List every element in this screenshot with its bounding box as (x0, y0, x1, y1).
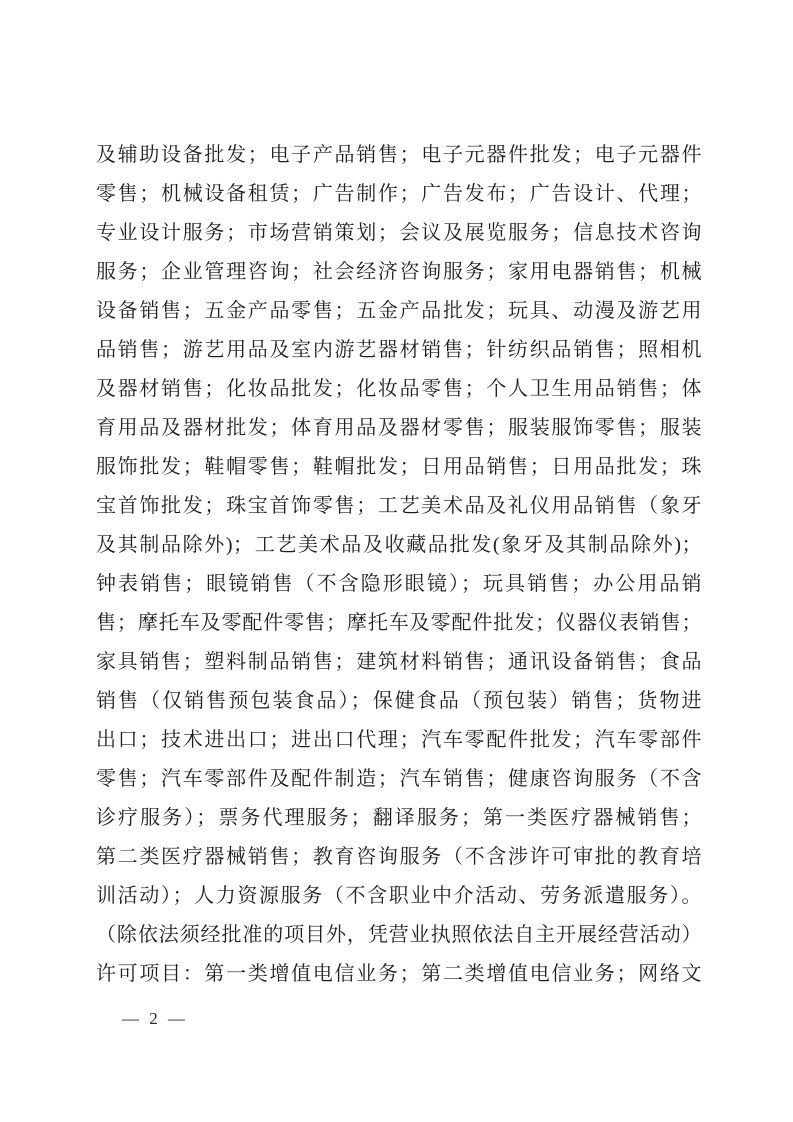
text-line: 许可项目：第一类增值电信业务；第二类增值电信业务；网络文 (96, 955, 702, 994)
document-page: 及辅助设备批发；电子产品销售；电子元器件批发；电子元器件 零售；机械设备租赁；广… (0, 0, 793, 1122)
text-line: 零售；机械设备租赁；广告制作；广告发布；广告设计、代理； (96, 175, 702, 214)
text-line: 服务；企业管理咨询；社会经济咨询服务；家用电器销售；机械 (96, 253, 702, 292)
text-line: 家具销售；塑料制品销售；建筑材料销售；通讯设备销售；食品 (96, 643, 702, 682)
text-line: 及器材销售；化妆品批发；化妆品零售；个人卫生用品销售；体 (96, 370, 702, 409)
text-line: 宝首饰批发；珠宝首饰零售；工艺美术品及礼仪用品销售（象牙 (96, 487, 702, 526)
text-line: 售；摩托车及零配件零售；摩托车及零配件批发；仪器仪表销售； (96, 604, 702, 643)
text-line: 销售（仅销售预包装食品）；保健食品（预包装）销售；货物进 (96, 682, 702, 721)
text-line: 育用品及器材批发；体育用品及器材零售；服装服饰零售；服装 (96, 409, 702, 448)
text-line: 及辅助设备批发；电子产品销售；电子元器件批发；电子元器件 (96, 136, 702, 175)
page-number: — 2 — (122, 1009, 188, 1029)
text-line: 诊疗服务）；票务代理服务；翻译服务；第一类医疗器械销售； (96, 799, 702, 838)
body-text-block: 及辅助设备批发；电子产品销售；电子元器件批发；电子元器件 零售；机械设备租赁；广… (96, 136, 702, 994)
text-line: 品销售；游艺用品及室内游艺器材销售；针纺织品销售；照相机 (96, 331, 702, 370)
text-line: 及其制品除外)；工艺美术品及收藏品批发(象牙及其制品除外)； (96, 526, 702, 565)
text-line: 设备销售；五金产品零售；五金产品批发；玩具、动漫及游艺用 (96, 292, 702, 331)
text-line: 第二类医疗器械销售；教育咨询服务（不含涉许可审批的教育培 (96, 838, 702, 877)
text-line: 钟表销售；眼镜销售（不含隐形眼镜）；玩具销售；办公用品销 (96, 565, 702, 604)
text-line: 零售；汽车零部件及配件制造；汽车销售；健康咨询服务（不含 (96, 760, 702, 799)
text-line: 专业设计服务；市场营销策划；会议及展览服务；信息技术咨询 (96, 214, 702, 253)
text-line: 训活动）；人力资源服务（不含职业中介活动、劳务派遣服务）。 (96, 877, 702, 916)
text-line: 出口；技术进出口；进出口代理；汽车零配件批发；汽车零部件 (96, 721, 702, 760)
text-line: （除依法须经批准的项目外，凭营业执照依法自主开展经营活动） (96, 916, 702, 955)
text-line: 服饰批发；鞋帽零售；鞋帽批发；日用品销售；日用品批发；珠 (96, 448, 702, 487)
